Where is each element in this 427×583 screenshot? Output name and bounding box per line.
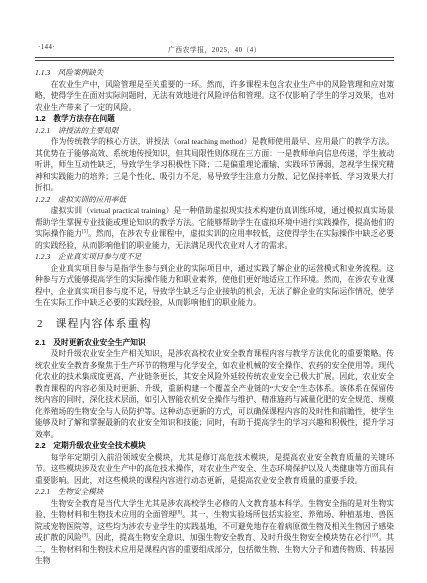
citation-superscript: [10] — [370, 533, 378, 538]
paragraph: 在农业生产中，风险管理是至关重要的一环。然而，许多课程未包含农业生产中的风险管理… — [35, 79, 394, 114]
paragraph: 及时升级农业安全生产相关知识，是涉农高校农业安全教育课程内容与教学方法优化的重要… — [35, 348, 394, 440]
subsection-heading: 1.2 教学方法存在问题 — [35, 113, 394, 125]
paragraph: 企业真实项目参与是指学生参与到企业的实际项目中，通过实践了解企业的运营模式和业务… — [35, 263, 394, 309]
subsubsection-heading: 1.2.2 虚拟实训的应用率低 — [35, 194, 394, 206]
paragraph: 每学年定期引入前沿领域安全模块，尤其是修订高危技术模块，是提高农业安全教育质量的… — [35, 452, 394, 487]
header-rule — [35, 57, 394, 61]
subsection-heading: 2.1 及时更新农业安全生产知识 — [35, 337, 394, 349]
journal-title: 广西农学报，2025，40（4） — [35, 44, 394, 54]
subsubsection-heading: 1.1.3 风险案例缺失 — [35, 67, 394, 79]
section-heading: 2 课程内容体系重构 — [37, 316, 394, 332]
citation-superscript: [9] — [82, 533, 88, 538]
paragraph: 作为传统教学的核心方法，讲授法（oral teaching method）是教师… — [35, 136, 394, 194]
article-body: 1.1.3 风险案例缺失在农业生产中，风险管理是至关重要的一环。然而，许多课程未… — [35, 67, 394, 567]
paragraph: 生物安全教育是当代大学生尤其是涉农高校学生必修的人文教育基本科学。生物安全指的是… — [35, 498, 394, 567]
subsubsection-heading: 1.2.1 讲授法的主要局限 — [35, 125, 394, 137]
citation-superscript: [5] — [82, 229, 88, 234]
citation-superscript: [8] — [176, 510, 182, 515]
subsubsection-heading: 1.2.3 企业真实项目参与度不足 — [35, 251, 394, 263]
running-header: ·144· 广西农学报，2025，40（4） — [35, 44, 394, 53]
journal-page: ·144· 广西农学报，2025，40（4） 1.1.3 风险案例缺失在农业生产… — [0, 0, 427, 583]
subsection-heading: 2.2 定期升级农业安全技术模块 — [35, 440, 394, 452]
paragraph: 虚拟实训（virtual practical training）是一种借助虚拟现… — [35, 205, 394, 251]
subsubsection-heading: 2.2.1 生物安全模块 — [35, 486, 394, 498]
page-number: ·144· — [38, 44, 55, 51]
